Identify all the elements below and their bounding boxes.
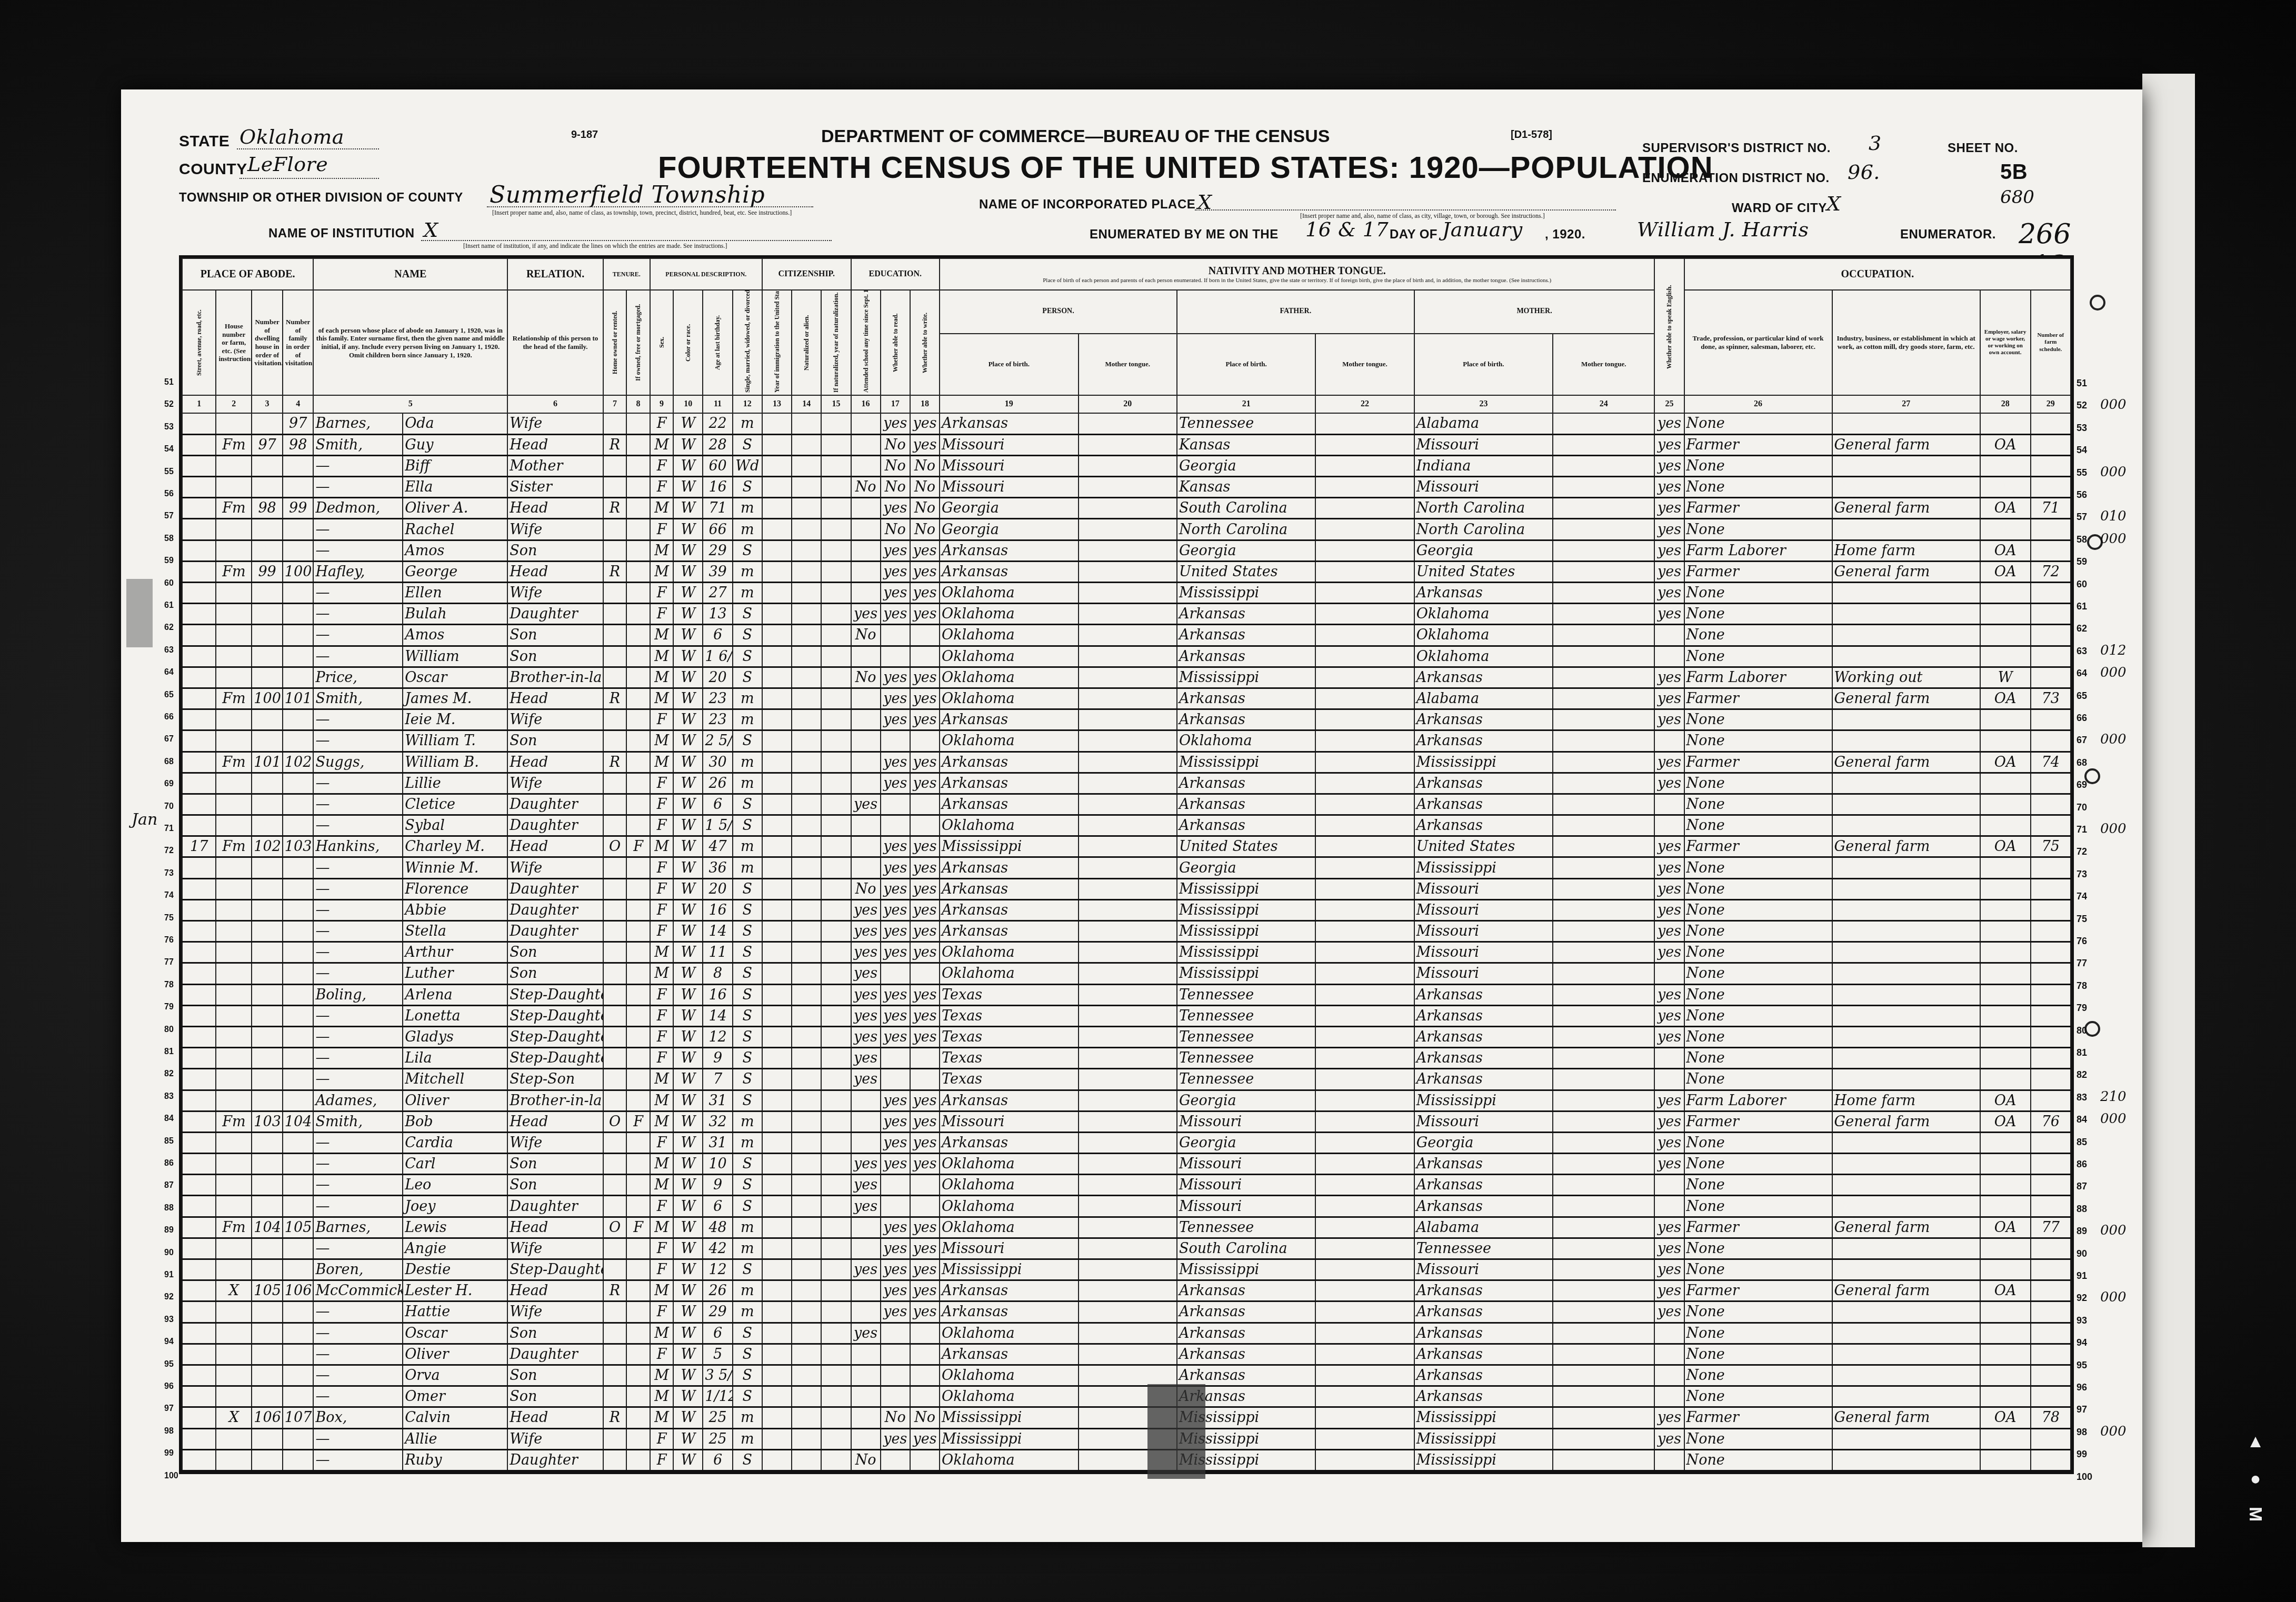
cell-family (283, 1196, 314, 1217)
cell-mother: Arkansas (1414, 583, 1553, 604)
cell-read: No (881, 1407, 910, 1428)
cell-read (881, 1386, 910, 1407)
cell-mother: Missouri (1414, 942, 1553, 963)
cell-dwelling (252, 1428, 283, 1449)
cell-home: R (603, 1407, 626, 1428)
line-number: 57 (164, 512, 174, 521)
cell-sex: M (650, 1111, 673, 1132)
cell-write: No (910, 519, 940, 540)
cell-empty (1553, 1301, 1654, 1323)
cell-home: O (603, 1111, 626, 1132)
table-row: Boren,DestieStep-DaughterFW12SyesyesyesM… (182, 1259, 2071, 1280)
cell-empty (821, 1407, 851, 1428)
cell-home (603, 1428, 626, 1449)
cell-family: 101 (283, 688, 314, 709)
cell-marital: S (733, 942, 762, 963)
cell-industry (1832, 709, 1980, 730)
margin-code: 000 (2100, 1111, 2127, 1127)
cell-marital: m (733, 1428, 762, 1449)
cell-read (881, 1365, 910, 1386)
cell-trade: None (1684, 1069, 1832, 1090)
cell-mother: Georgia (1414, 1132, 1553, 1153)
cell-farm (2031, 1132, 2071, 1153)
cell-street (182, 604, 216, 625)
cell-dwelling: 99 (252, 561, 283, 582)
cell-marital: S (733, 1196, 762, 1217)
cell-english (1654, 1196, 1684, 1217)
cell-farm (2031, 1344, 2071, 1365)
cell-street (182, 815, 216, 836)
cell-class (1980, 1026, 2031, 1047)
cell-mortgage (626, 1175, 650, 1196)
cell-empty (1315, 1175, 1414, 1196)
margin-number-680: 680 (2000, 187, 2034, 208)
cell-school: No (851, 667, 881, 688)
cell-empty (792, 561, 821, 582)
cell-surname: — (313, 1154, 403, 1175)
cell-marital: S (733, 1386, 762, 1407)
table-row: —FlorenceDaughterFW20SNoyesyesArkansasMi… (182, 878, 2071, 899)
cell-school: yes (851, 942, 881, 963)
cell-family (283, 773, 314, 794)
line-number: 55 (164, 467, 174, 477)
cell-relation: Head (507, 688, 603, 709)
cell-empty (1553, 519, 1654, 540)
cell-mortgage (626, 583, 650, 604)
cell-home (603, 455, 626, 476)
line-number: 90 (2077, 1248, 2087, 1259)
cell-dwelling (252, 667, 283, 688)
cell-class: OA (1980, 836, 2031, 857)
cell-mortgage (626, 1069, 650, 1090)
cell-house (216, 604, 252, 625)
cell-empty (1315, 942, 1414, 963)
cell-given: Rachel (403, 519, 507, 540)
cell-given: Lonetta (403, 1005, 507, 1026)
cell-trade: None (1684, 1238, 1832, 1259)
cell-mother: Arkansas (1414, 794, 1553, 815)
cell-mortgage (626, 1005, 650, 1026)
cell-age: 12 (703, 1026, 732, 1047)
cell-street (182, 984, 216, 1005)
cell-empty (1079, 604, 1177, 625)
cell-relation: Daughter (507, 921, 603, 942)
cell-trade: None (1684, 1132, 1832, 1153)
cell-trade: None (1684, 646, 1832, 667)
cell-class (1980, 1196, 2031, 1217)
table-row: 97Barnes,OdaWifeFW22myesyesArkansasTenne… (182, 413, 2071, 434)
cell-class: OA (1980, 1280, 2031, 1301)
cell-mother: Arkansas (1414, 1026, 1553, 1047)
cell-mother: Mississippi (1414, 1428, 1553, 1449)
cell-school (851, 730, 881, 752)
cell-race: W (673, 1238, 703, 1259)
cell-trade: None (1684, 921, 1832, 942)
enumeration-district-label: ENUMERATION DISTRICT NO. (1642, 171, 1830, 186)
cell-home (603, 625, 626, 646)
table-row: Boling,ArlenaStep-DaughterFW16Syesyesyes… (182, 984, 2071, 1005)
cell-empty (1079, 1196, 1177, 1217)
cell-father: Tennessee (1177, 1026, 1315, 1047)
cell-relation: Daughter (507, 878, 603, 899)
cell-industry (1832, 942, 1980, 963)
line-number: 88 (164, 1204, 174, 1213)
line-number: 83 (164, 1092, 174, 1102)
group-mother: MOTHER. (1414, 290, 1655, 334)
line-number: 75 (164, 914, 174, 923)
cell-sex: M (650, 752, 673, 773)
cell-empty (1079, 1301, 1177, 1323)
cell-birth: Georgia (940, 498, 1078, 519)
film-edge-marks: ▲ ● M (2245, 1431, 2265, 1528)
cell-mother: Georgia (1414, 540, 1553, 561)
cell-birth: Arkansas (940, 561, 1078, 582)
cell-empty (762, 519, 792, 540)
line-number: 66 (2077, 713, 2087, 724)
cell-race: W (673, 519, 703, 540)
cell-father: Kansas (1177, 434, 1315, 455)
cell-industry (1832, 1323, 1980, 1344)
line-number: 92 (2077, 1293, 2087, 1304)
cell-industry: General farm (1832, 688, 1980, 709)
column-number: 8 (626, 395, 650, 413)
cell-class (1980, 625, 2031, 646)
cell-given: Hattie (403, 1301, 507, 1323)
cell-father: Tennessee (1177, 1048, 1315, 1069)
cell-family: 102 (283, 752, 314, 773)
cell-trade: None (1684, 1323, 1832, 1344)
cell-english (1654, 1344, 1684, 1365)
cell-class: OA (1980, 1090, 2031, 1111)
column-number: 12 (733, 395, 762, 413)
cell-read: yes (881, 561, 910, 582)
cell-dwelling (252, 540, 283, 561)
cell-empty (1553, 688, 1654, 709)
cell-english: yes (1654, 921, 1684, 942)
line-number: 100 (164, 1471, 178, 1481)
cell-street (182, 857, 216, 878)
group-occupation: OCCUPATION. (1684, 258, 2071, 290)
cell-industry (1832, 730, 1980, 752)
cell-empty (792, 1386, 821, 1407)
cell-empty (792, 942, 821, 963)
line-number: 85 (2077, 1137, 2087, 1148)
cell-relation: Son (507, 1323, 603, 1344)
cell-english: yes (1654, 583, 1684, 604)
cell-father: Arkansas (1177, 1280, 1315, 1301)
cell-sex: M (650, 688, 673, 709)
cell-home (603, 963, 626, 984)
cell-write (910, 1323, 940, 1344)
cell-sex: F (650, 1026, 673, 1047)
cell-farm (2031, 540, 2071, 561)
cell-family: 107 (283, 1407, 314, 1428)
col-18-header: Whether able to write. (910, 290, 940, 395)
cell-home (603, 413, 626, 434)
cell-family (283, 646, 314, 667)
col-19-header: Place of birth. (940, 334, 1078, 395)
cell-write: yes (910, 561, 940, 582)
line-number: 71 (2077, 824, 2087, 835)
cell-father: Tennessee (1177, 1217, 1315, 1238)
cell-empty (792, 1005, 821, 1026)
cell-sex: F (650, 984, 673, 1005)
line-number: 58 (164, 534, 174, 544)
cell-marital: S (733, 899, 762, 920)
cell-industry (1832, 477, 1980, 498)
line-number: 57 (2077, 512, 2087, 523)
cell-english: yes (1654, 984, 1684, 1005)
cell-mortgage (626, 413, 650, 434)
cell-father: Georgia (1177, 455, 1315, 476)
cell-industry (1832, 1449, 1980, 1470)
line-number: 51 (164, 378, 174, 387)
cell-father: Oklahoma (1177, 730, 1315, 752)
cell-given: Bob (403, 1111, 507, 1132)
cell-trade: Farmer (1684, 1407, 1832, 1428)
cell-street (182, 646, 216, 667)
line-number: 70 (2077, 802, 2087, 813)
line-number: 80 (2077, 1025, 2087, 1036)
cell-mother: Arkansas (1414, 1175, 1553, 1196)
cell-read (881, 1449, 910, 1470)
cell-house (216, 1449, 252, 1470)
cell-marital: S (733, 1449, 762, 1470)
cell-father: Tennessee (1177, 1005, 1315, 1026)
cell-empty (762, 752, 792, 773)
cell-surname: McCommick, (313, 1280, 403, 1301)
line-number: 99 (164, 1449, 174, 1458)
cell-dwelling (252, 519, 283, 540)
cell-mother: Arkansas (1414, 1196, 1553, 1217)
cell-surname: — (313, 1196, 403, 1217)
cell-empty (821, 1280, 851, 1301)
cell-street (182, 1323, 216, 1344)
cell-father: South Carolina (1177, 498, 1315, 519)
cell-class (1980, 1048, 2031, 1069)
cell-empty (792, 1280, 821, 1301)
cell-school (851, 1344, 881, 1365)
cell-school (851, 540, 881, 561)
cell-house: Fm (216, 1111, 252, 1132)
cell-family (283, 1428, 314, 1449)
county-label: COUNTY (179, 161, 247, 178)
cell-english: yes (1654, 1005, 1684, 1026)
cell-empty (1315, 583, 1414, 604)
cell-street (182, 1344, 216, 1365)
cell-family: 98 (283, 434, 314, 455)
cell-write (910, 1069, 940, 1090)
cell-trade: None (1684, 984, 1832, 1005)
cell-farm (2031, 667, 2071, 688)
cell-empty (1315, 434, 1414, 455)
cell-farm (2031, 942, 2071, 963)
table-row: —LillieWifeFW26myesyesArkansasArkansasAr… (182, 773, 2071, 794)
line-number: 59 (2077, 556, 2087, 567)
cell-given: Abbie (403, 899, 507, 920)
cell-english: yes (1654, 709, 1684, 730)
cell-empty (1079, 1259, 1177, 1280)
cell-industry (1832, 857, 1980, 878)
cell-empty (1315, 730, 1414, 752)
cell-race: W (673, 1386, 703, 1407)
line-number: 90 (164, 1248, 174, 1258)
table-row: —AllieWifeFW25myesyesMississippiMississi… (182, 1428, 2071, 1449)
cell-house: Fm (216, 498, 252, 519)
cell-class: OA (1980, 1217, 2031, 1238)
cell-marital: S (733, 625, 762, 646)
cell-relation: Wife (507, 413, 603, 434)
census-rows: 97Barnes,OdaWifeFW22myesyesArkansasTenne… (182, 413, 2071, 1470)
cell-empty (1553, 1238, 1654, 1259)
line-number: 89 (2077, 1226, 2087, 1237)
cell-empty (762, 1048, 792, 1069)
cell-empty (1079, 963, 1177, 984)
cell-street (182, 498, 216, 519)
cell-read (881, 1069, 910, 1090)
cell-sex: F (650, 1196, 673, 1217)
cell-empty (1315, 604, 1414, 625)
cell-dwelling (252, 942, 283, 963)
cell-empty (821, 1259, 851, 1280)
cell-class (1980, 963, 2031, 984)
cell-family (283, 1238, 314, 1259)
table-row: —WilliamSonMW1 6/12SOklahomaArkansasOkla… (182, 646, 2071, 667)
cell-father: Arkansas (1177, 773, 1315, 794)
cell-dwelling (252, 1069, 283, 1090)
cell-empty (762, 1154, 792, 1175)
cell-empty (1079, 540, 1177, 561)
cell-relation: Daughter (507, 815, 603, 836)
cell-english (1654, 625, 1684, 646)
cell-street (182, 1005, 216, 1026)
cell-birth: Mississippi (940, 1259, 1078, 1280)
table-row: —LonettaStep-DaughterFW14SyesyesyesTexas… (182, 1005, 2071, 1026)
cell-family (283, 1154, 314, 1175)
cell-trade: None (1684, 455, 1832, 476)
cell-industry (1832, 1301, 1980, 1323)
cell-empty (1079, 878, 1177, 899)
cell-street (182, 1069, 216, 1090)
state-label: STATE (179, 133, 229, 151)
cell-empty (1553, 498, 1654, 519)
cell-empty (792, 1301, 821, 1323)
cell-farm (2031, 455, 2071, 476)
cell-dwelling (252, 1386, 283, 1407)
cell-given: Lewis (403, 1217, 507, 1238)
col-26-header: Trade, profession, or particular kind of… (1684, 290, 1832, 395)
cell-mortgage (626, 773, 650, 794)
cell-family: 105 (283, 1217, 314, 1238)
cell-mortgage (626, 1386, 650, 1407)
line-number: 62 (164, 623, 174, 633)
cell-family (283, 604, 314, 625)
line-number: 85 (164, 1137, 174, 1146)
line-number: 67 (164, 735, 174, 744)
cell-father: Mississippi (1177, 942, 1315, 963)
cell-relation: Head (507, 1407, 603, 1428)
cell-write (910, 794, 940, 815)
cell-father: Missouri (1177, 1154, 1315, 1175)
cell-trade: None (1684, 963, 1832, 984)
cell-empty (792, 646, 821, 667)
cell-read: No (881, 477, 910, 498)
cell-surname: — (313, 794, 403, 815)
cell-empty (1553, 1449, 1654, 1470)
cell-industry (1832, 604, 1980, 625)
cell-empty (1315, 561, 1414, 582)
cell-home (603, 899, 626, 920)
cell-relation: Step-Son (507, 1069, 603, 1090)
cell-surname: Boren, (313, 1259, 403, 1280)
cell-school (851, 1132, 881, 1153)
cell-house (216, 455, 252, 476)
cell-write: yes (910, 752, 940, 773)
cell-house (216, 815, 252, 836)
line-number: 62 (2077, 623, 2087, 634)
cell-empty (792, 1154, 821, 1175)
cell-father: United States (1177, 561, 1315, 582)
cell-dwelling (252, 963, 283, 984)
cell-class (1980, 1005, 2031, 1026)
cell-class (1980, 878, 2031, 899)
cell-marital: m (733, 709, 762, 730)
cell-farm (2031, 1386, 2071, 1407)
cell-empty (792, 1175, 821, 1196)
cell-family (283, 1005, 314, 1026)
cell-mother: Arkansas (1414, 815, 1553, 836)
cell-age: 5 (703, 1344, 732, 1365)
cell-mortgage (626, 477, 650, 498)
table-row: X106107Box,CalvinHeadRMW25mNoNoMississip… (182, 1407, 2071, 1428)
cell-dwelling: 103 (252, 1111, 283, 1132)
cell-english: yes (1654, 942, 1684, 963)
cell-empty (1315, 794, 1414, 815)
cell-street (182, 1048, 216, 1069)
cell-home: R (603, 688, 626, 709)
cell-empty (1079, 1175, 1177, 1196)
cell-empty (1315, 1048, 1414, 1069)
cell-mother: Missouri (1414, 477, 1553, 498)
cell-street (182, 583, 216, 604)
line-number: 98 (2077, 1427, 2087, 1438)
cell-farm (2031, 794, 2071, 815)
cell-english: yes (1654, 1026, 1684, 1047)
cell-empty (792, 477, 821, 498)
cell-birth: Missouri (940, 477, 1078, 498)
cell-school (851, 646, 881, 667)
cell-empty (1079, 1323, 1177, 1344)
cell-age: 26 (703, 773, 732, 794)
cell-home (603, 1132, 626, 1153)
cell-age: 48 (703, 1217, 732, 1238)
cell-house: Fm (216, 561, 252, 582)
cell-school (851, 688, 881, 709)
cell-mortgage (626, 815, 650, 836)
cell-empty (821, 1323, 851, 1344)
cell-empty (762, 1069, 792, 1090)
margin-code: 000 (2100, 665, 2127, 680)
cell-empty (821, 1365, 851, 1386)
cell-dwelling (252, 921, 283, 942)
cell-empty (1553, 455, 1654, 476)
cell-empty (1315, 878, 1414, 899)
cell-mortgage (626, 1238, 650, 1259)
cell-given: Omer (403, 1386, 507, 1407)
cell-age: 25 (703, 1407, 732, 1428)
cell-empty (1079, 1238, 1177, 1259)
cell-empty (762, 836, 792, 857)
